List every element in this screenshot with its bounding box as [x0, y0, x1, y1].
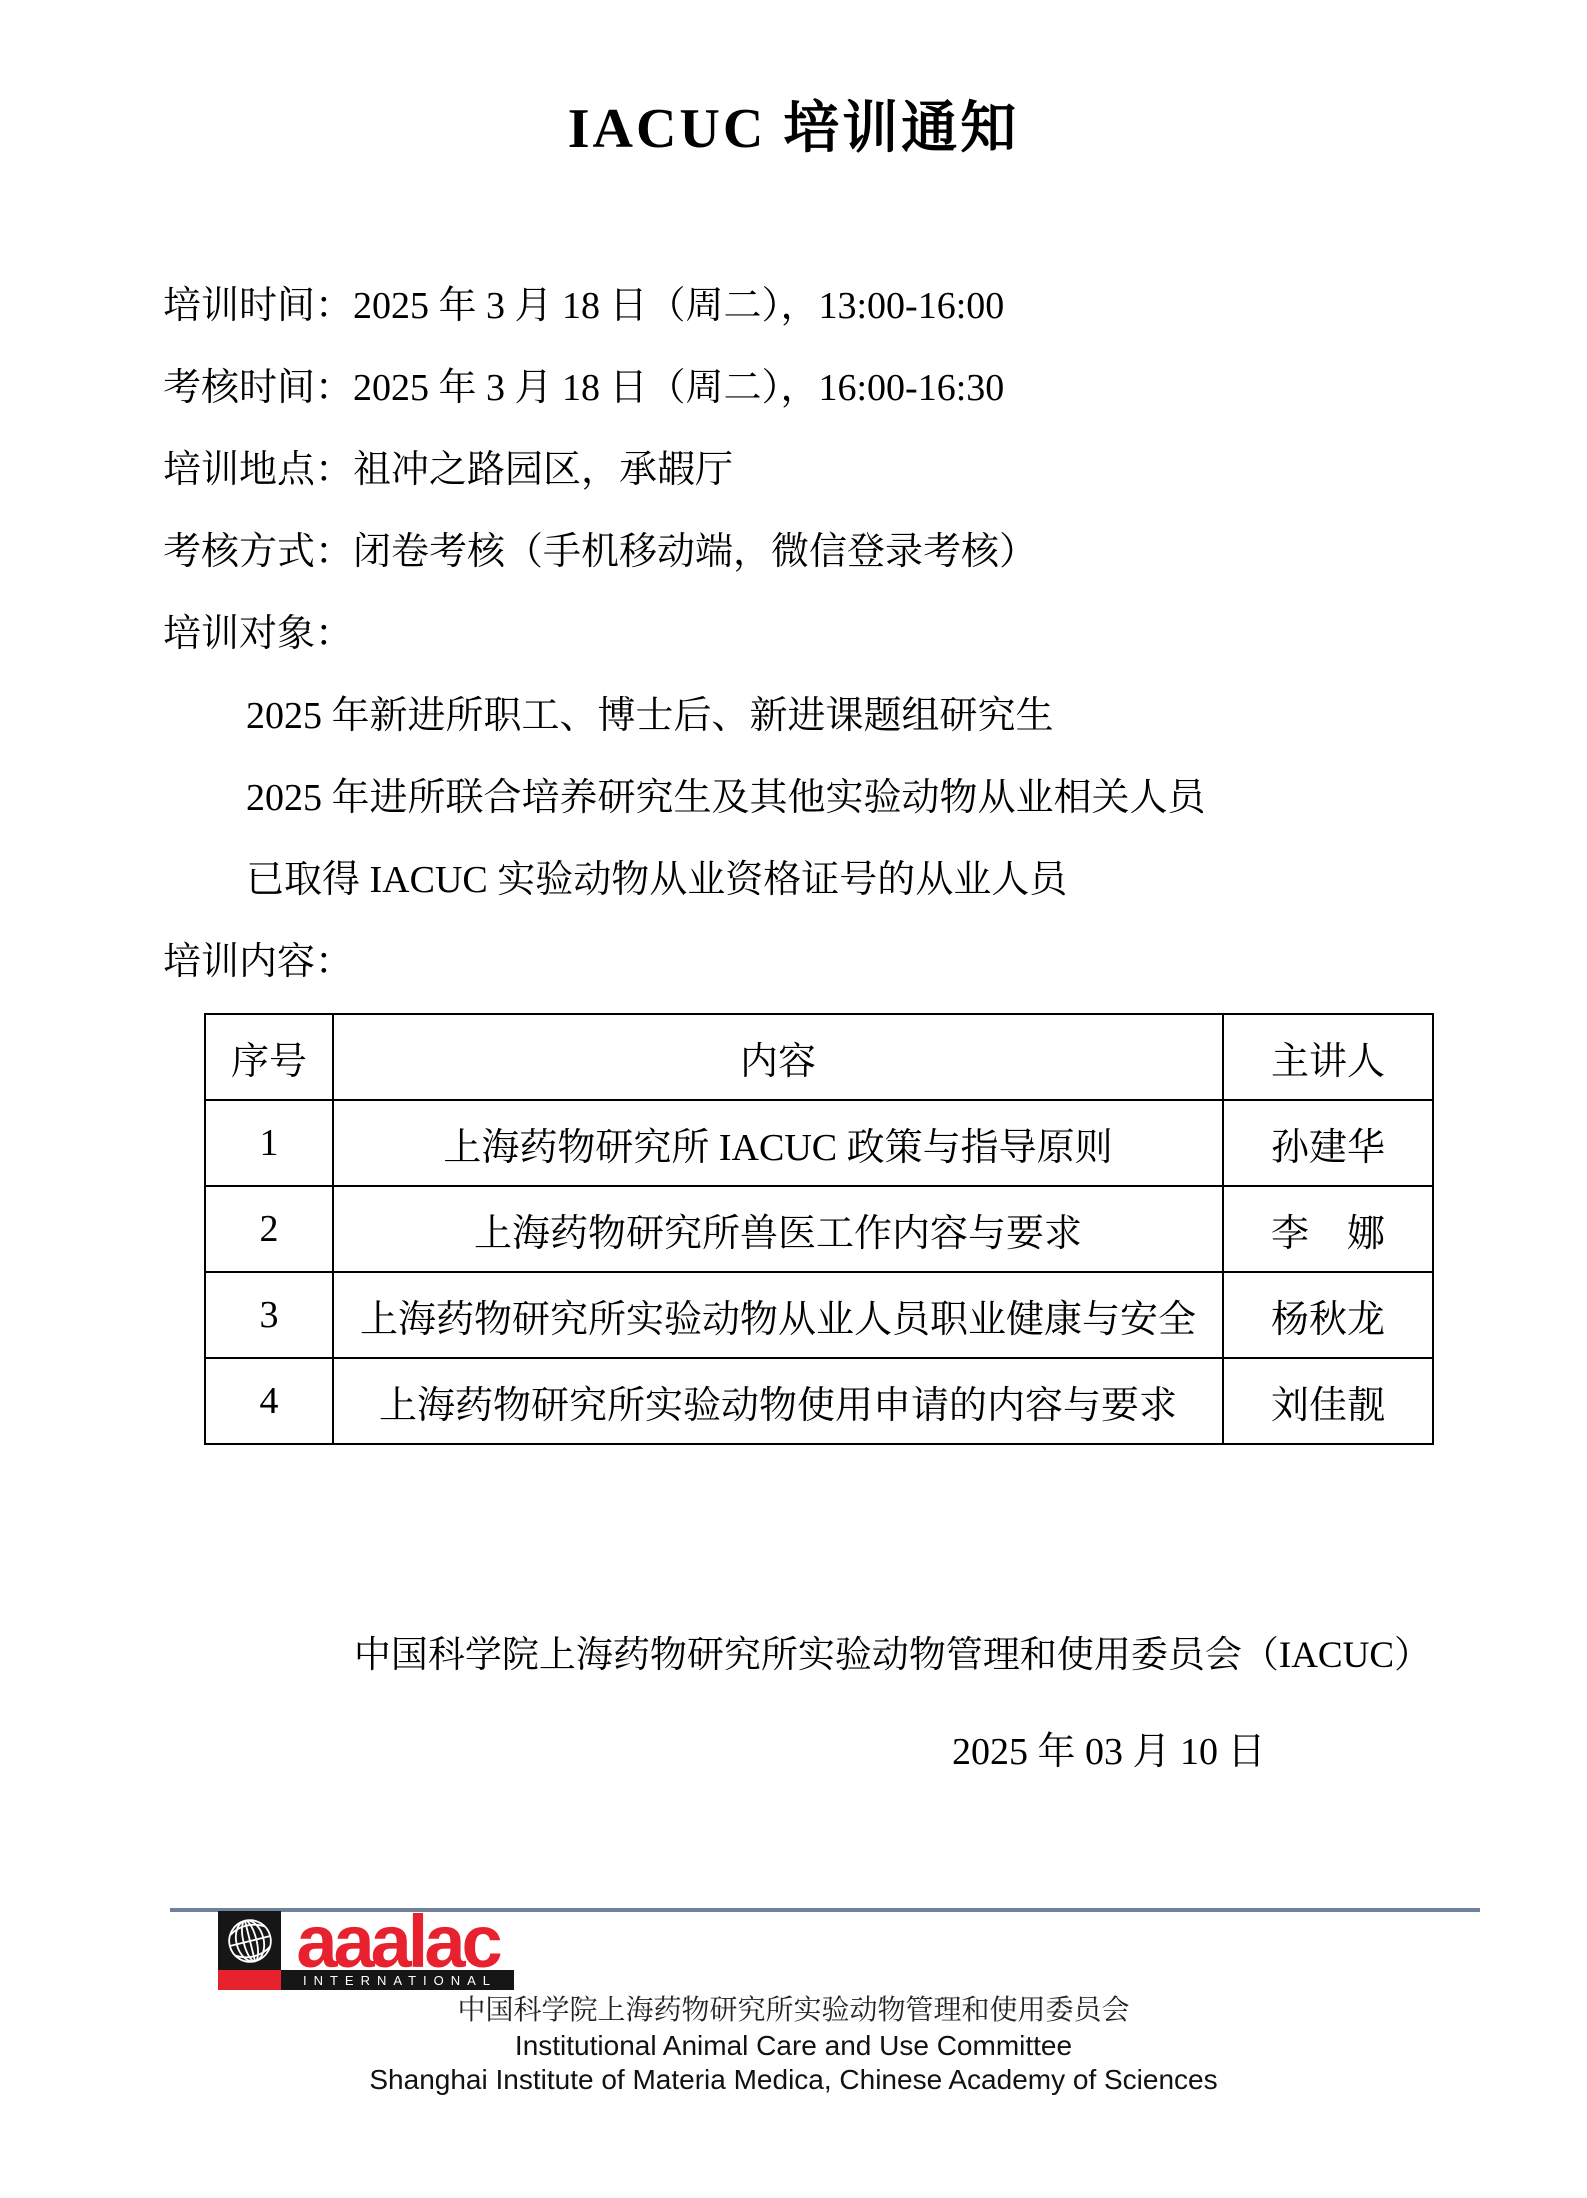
exam-method-line: 考核方式：闭卷考核（手机移动端，微信登录考核） [163, 528, 1507, 610]
header-speaker: 主讲人 [1223, 1014, 1433, 1100]
issue-date: 2025 年 03 月 10 日 [952, 1720, 1266, 1775]
row-speaker: 刘佳靓 [1223, 1358, 1433, 1444]
table-row: 3 上海药物研究所实验动物从业人员职业健康与安全 杨秋龙 [205, 1272, 1433, 1358]
table-header-row: 序号 内容 主讲人 [205, 1014, 1433, 1100]
logo-red-square [218, 1970, 281, 1990]
audience-item-2: 2025 年进所联合培养研究生及其他实验动物从业相关人员 [163, 774, 1507, 856]
footer-org-english-1: Institutional Animal Care and Use Commit… [0, 2029, 1587, 2063]
logo-international-label: INTERNATIONAL [281, 1970, 514, 1990]
row-content: 上海药物研究所 IACUC 政策与指导原则 [333, 1100, 1223, 1186]
footer-text-block: 中国科学院上海药物研究所实验动物管理和使用委员会 Institutional A… [0, 1993, 1587, 2097]
page-title: IACUC 培训通知 [0, 84, 1587, 164]
training-time-line: 培训时间：2025 年 3 月 18 日（周二），13:00-16:00 [163, 282, 1507, 364]
aaalac-wordmark: aaalac [281, 1911, 514, 1970]
document-page: IACUC 培训通知 培训时间：2025 年 3 月 18 日（周二），13:0… [0, 0, 1587, 2198]
table-row: 4 上海药物研究所实验动物使用申请的内容与要求 刘佳靓 [205, 1358, 1433, 1444]
header-no: 序号 [205, 1014, 333, 1100]
row-no: 2 [205, 1186, 333, 1272]
row-no: 3 [205, 1272, 333, 1358]
header-content: 内容 [333, 1014, 1223, 1100]
issuing-organization: 中国科学院上海药物研究所实验动物管理和使用委员会（IACUC） [354, 1624, 1431, 1678]
training-content-table-wrap: 序号 内容 主讲人 1 上海药物研究所 IACUC 政策与指导原则 孙建华 2 … [204, 1013, 1434, 1445]
training-content-table: 序号 内容 主讲人 1 上海药物研究所 IACUC 政策与指导原则 孙建华 2 … [204, 1013, 1434, 1445]
row-no: 1 [205, 1100, 333, 1186]
row-speaker: 杨秋龙 [1223, 1272, 1433, 1358]
aaalac-logo: aaalac INTERNATIONAL [218, 1911, 514, 1990]
audience-item-3: 已取得 IACUC 实验动物从业资格证号的从业人员 [163, 856, 1507, 938]
row-content: 上海药物研究所实验动物从业人员职业健康与安全 [333, 1272, 1223, 1358]
notice-body: 培训时间：2025 年 3 月 18 日（周二），13:00-16:00 考核时… [163, 282, 1507, 1020]
globe-icon [218, 1911, 281, 1970]
table-row: 1 上海药物研究所 IACUC 政策与指导原则 孙建华 [205, 1100, 1433, 1186]
row-speaker: 李 娜 [1223, 1186, 1433, 1272]
row-content: 上海药物研究所兽医工作内容与要求 [333, 1186, 1223, 1272]
row-no: 4 [205, 1358, 333, 1444]
training-location-line: 培训地点：祖冲之路园区，承嘏厅 [163, 446, 1507, 528]
aaalac-logo-bottom: INTERNATIONAL [218, 1970, 514, 1990]
row-content: 上海药物研究所实验动物使用申请的内容与要求 [333, 1358, 1223, 1444]
content-label: 培训内容： [163, 938, 1507, 1020]
exam-time-line: 考核时间：2025 年 3 月 18 日（周二），16:00-16:30 [163, 364, 1507, 446]
row-speaker: 孙建华 [1223, 1100, 1433, 1186]
footer-org-chinese: 中国科学院上海药物研究所实验动物管理和使用委员会 [0, 1993, 1587, 2029]
table-row: 2 上海药物研究所兽医工作内容与要求 李 娜 [205, 1186, 1433, 1272]
footer-org-english-2: Shanghai Institute of Materia Medica, Ch… [0, 2063, 1587, 2097]
audience-item-1: 2025 年新进所职工、博士后、新进课题组研究生 [163, 692, 1507, 774]
audience-label: 培训对象： [163, 610, 1507, 692]
aaalac-logo-top: aaalac [218, 1911, 514, 1970]
